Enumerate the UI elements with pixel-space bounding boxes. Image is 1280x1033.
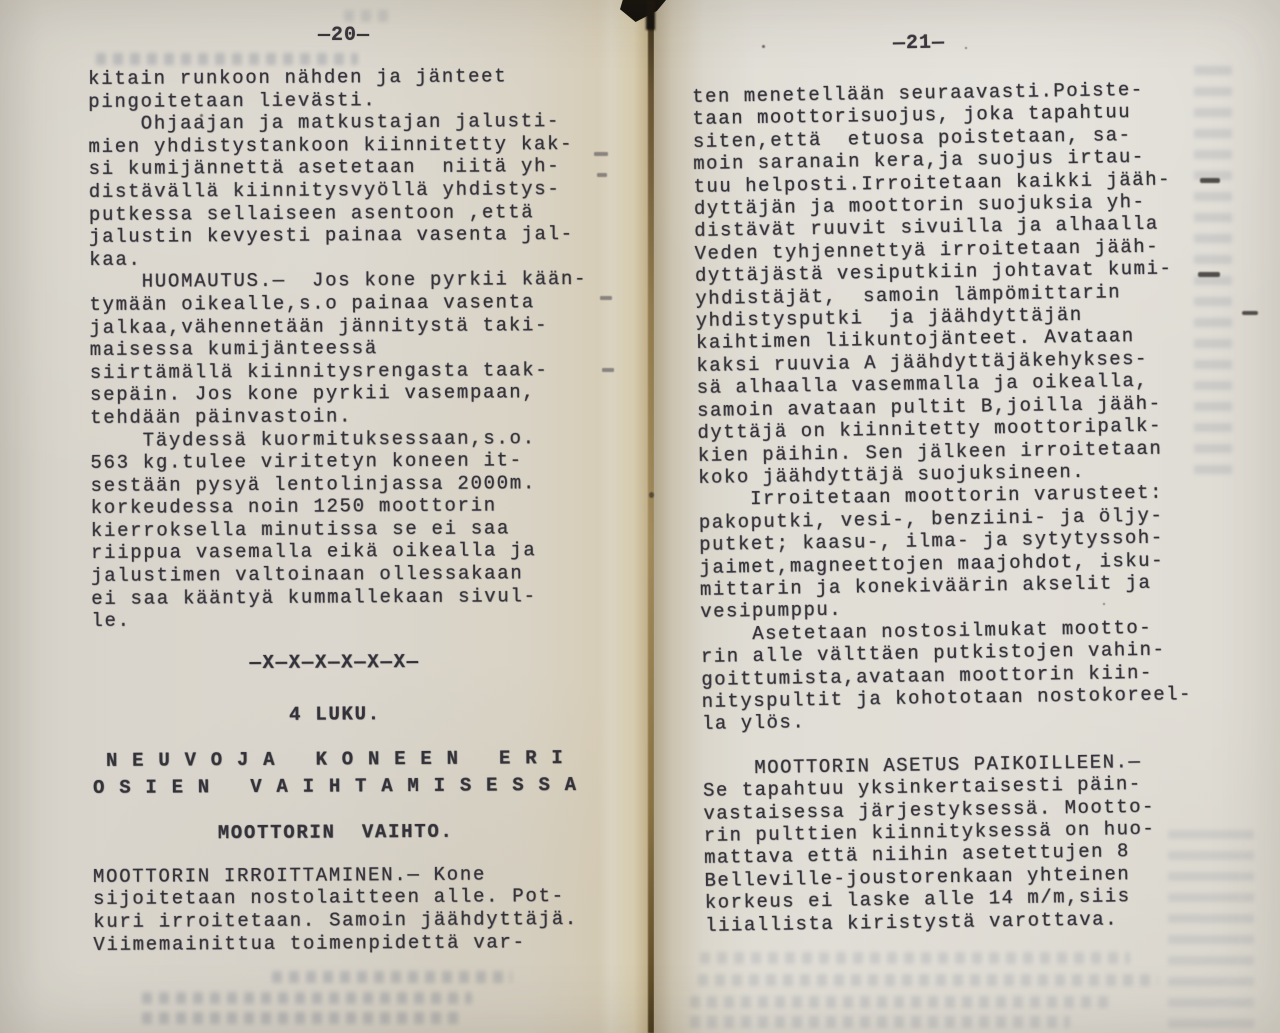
page-number-left: —20—: [318, 24, 370, 47]
ink-dash: [602, 368, 614, 372]
paper-speck: [200, 114, 203, 117]
bleed-through-ghost: [272, 971, 512, 983]
text-line: sijoitetaan nostolaitteen alle. Pot-: [93, 885, 579, 911]
text-line: HUOMAUTUS.— Jos kone pyrkii kään-: [89, 268, 575, 294]
bleed-through-ghost: [690, 996, 1110, 1008]
text-line: siirtämällä kiinnitysrengasta taak-: [90, 359, 576, 385]
page-number-right: —21—: [893, 32, 945, 56]
paper-speck: [1103, 603, 1105, 605]
text-line: kaa.: [89, 246, 575, 272]
text-line: putkessa sellaiseen asentoon ,että: [89, 201, 575, 227]
text-line: Täydessä kuormituksessaan,s.o.: [90, 427, 576, 453]
text-line: 4 LUKU.: [92, 702, 578, 728]
paper-speck: [649, 492, 654, 498]
text-line: pingoitetaan lievästi.: [88, 88, 574, 114]
book-scan: —20— —21— kitain runkoon nähden ja jänte…: [0, 0, 1280, 1033]
text-line: riippua vasemalla eikä oikealla ja: [91, 539, 577, 565]
text-line: —X—X—X—X—X—X—: [92, 650, 578, 676]
text-line: Viimemainittua toimenpidettä var-: [93, 931, 579, 957]
bleed-through-ghost: [344, 10, 394, 22]
bleed-through-ghost: [698, 974, 1158, 986]
bleed-through-ghost: [1168, 830, 1254, 1030]
text-line: korkeudessa noin 1250 moottorin: [91, 494, 577, 520]
ink-dash: [597, 173, 607, 177]
text-line: tymään oikealle,s.o painaa vasenta: [89, 291, 575, 317]
text-line: mien yhdistystankoon kiinnitetty kak-: [88, 133, 574, 159]
text-line: distävällä kiinnitysvyöllä yhdistys-: [89, 178, 575, 204]
spine-gap-shadow: [646, 0, 655, 30]
ink-dash: [1198, 272, 1220, 277]
text-line: 563 kg.tulee viritetyn koneen it-: [90, 449, 576, 475]
text-line: MOOTTORIN VAIHTO.: [93, 820, 579, 846]
text-line: si kumijännettä asetetaan niitä yh-: [89, 155, 575, 181]
text-line: jalkaa,vähennetään jännitystä taki-: [90, 314, 576, 340]
paper-speck: [965, 47, 967, 49]
text-line: sestään pysyä lentolinjassa 2000m.: [90, 472, 576, 498]
text-line: ei saa kääntyä kummallekaan sivul-: [91, 585, 577, 611]
text-line: N E U V O J A K O N E E N E R I: [92, 747, 578, 773]
text-line: O S I E N V A I H T A M I S E S S A: [92, 774, 578, 800]
text-line: kitain runkoon nähden ja jänteet: [88, 65, 574, 91]
text-line: kuri irroitetaan. Samoin jäähdyttäjä.: [93, 908, 579, 934]
ink-dash: [600, 296, 612, 300]
text-line: MOOTTORIN IRROITTAMINEN.— Kone: [93, 863, 579, 889]
ink-dash: [1200, 178, 1220, 183]
text-line: kierroksella minutissa se ei saa: [91, 517, 577, 543]
text-line: tehdään päinvastoin.: [90, 404, 576, 430]
ink-dash: [594, 152, 608, 156]
bleed-through-ghost: [700, 952, 1130, 964]
text-line: jalustin kevyesti painaa vasenta jal-: [89, 223, 575, 249]
bleed-through-ghost: [96, 53, 358, 65]
paper-speck: [762, 45, 765, 48]
text-line: maisessa kumijänteessä: [90, 336, 576, 362]
page-right-text: ten menetellään seuraavasti.Poiste-taan …: [692, 78, 1185, 936]
text-line: jalustimen valtoinaan ollessakaan: [91, 562, 577, 588]
bleed-through-ghost: [690, 1016, 1070, 1028]
bleed-through-ghost: [142, 992, 472, 1004]
ink-dash: [1242, 311, 1258, 315]
text-line: Ohjaajan ja matkustajan jalusti-: [88, 110, 574, 136]
bleed-through-ghost: [142, 1012, 462, 1024]
text-line: le.: [91, 607, 577, 633]
page-left-text: kitain runkoon nähden ja jänteetpingoite…: [88, 65, 579, 956]
text-line: sepäin. Jos kone pyrkii vasempaan,: [90, 381, 576, 407]
